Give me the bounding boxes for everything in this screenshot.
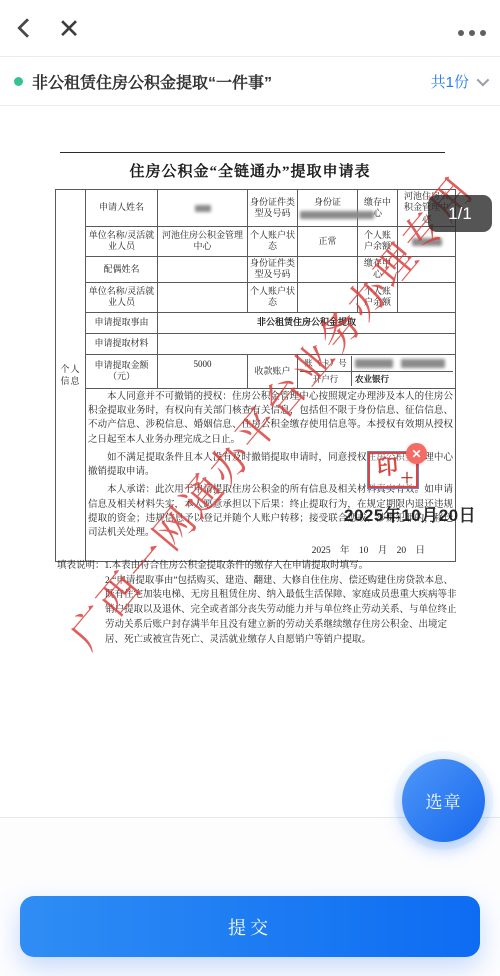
withdraw-reason-label: 申请提取事由 (86, 312, 158, 333)
payee-account-label: 收款账户 (248, 354, 298, 388)
group-label-cell: 个人信息 (56, 190, 86, 562)
spouse-account-status-value (298, 282, 358, 312)
page-number-badge: 1/1 (428, 195, 492, 232)
note-1-text: 1.本表由符合住房公积金提取条件的缴存人在申请提取时填写。 (105, 561, 369, 571)
bank-label: 开户行 (300, 372, 352, 387)
spouse-deposit-center-label: 缴存中心 (358, 256, 398, 282)
account-status-label: 个人账户状态 (248, 226, 298, 256)
deposit-center-label: 缴存中心 (358, 190, 398, 227)
navbar: ✕ (0, 0, 500, 57)
file-count-label[interactable]: 共1份 (431, 71, 469, 92)
notes-label: 填表说明： (57, 561, 105, 571)
withdraw-reason-value: 非公租赁住房公积金提取 (158, 312, 456, 333)
spouse-account-status-label: 个人账户状态 (248, 282, 298, 312)
spouse-id-type-label: 身份证件类型及号码 (248, 256, 298, 282)
spouse-account-balance-label: 个人账户余额 (358, 282, 398, 312)
spouse-name-value (158, 256, 248, 282)
spouse-employer-label: 单位名称/灵活就业人员 (86, 282, 158, 312)
spouse-name-label: 配偶姓名 (86, 256, 158, 282)
form-title: 住房公积金“全链通办”提取申请表 (0, 160, 500, 181)
select-seal-fab[interactable]: 选章 (402, 759, 485, 842)
table-row: 申请提取事由 非公租赁住房公积金提取 (56, 312, 456, 333)
applicant-name-label: 申请人姓名 (86, 190, 158, 227)
task-header: 非公租赁住房公积金提取“一件事” 共1份 (0, 58, 500, 106)
ellipsis-dot (469, 30, 475, 36)
withdraw-materials-value (158, 333, 456, 354)
chevron-down-icon[interactable] (477, 74, 490, 87)
table-row: 单位名称/灵活就业人员 河池住房公积金管理中心 个人账户状态 正常 个人账户余额 (56, 226, 456, 256)
seal-remove-button[interactable]: ✕ (406, 443, 427, 464)
back-button[interactable] (10, 14, 44, 44)
chevron-left-icon (17, 18, 37, 38)
table-row: 申请提取材料 (56, 333, 456, 354)
spouse-id-type-value (298, 256, 358, 282)
id-type-label: 身份证件类型及号码 (248, 190, 298, 227)
card-number-value (352, 356, 453, 372)
employer-value: 河池住房公积金管理中心 (158, 226, 248, 256)
withdraw-materials-label: 申请提取材料 (86, 333, 158, 354)
redacted-balance (412, 238, 442, 246)
document-top-rule (60, 152, 445, 153)
account-status-value: 正常 (298, 226, 358, 256)
form-date-line: 2025 年 10 月 20 日 (88, 546, 425, 558)
form-notes: 填表说明：1.本表由符合住房公积金提取条件的缴存人在申请提取时填写。 2.“申请… (57, 559, 457, 647)
app-screen: ✕ 非公租赁住房公积金提取“一件事” 共1份 住房公积金“全链通办”提取申请表 … (0, 0, 500, 976)
document-preview[interactable]: 住房公积金“全链通办”提取申请表 个人信息 申请人姓名 身份证件类型及号码 身份… (0, 107, 500, 817)
ellipsis-dot (480, 30, 486, 36)
authorization-paragraph: 本人同意并不可撤销的授权：住房公积金管理中心按照规定办理涉及本人的住房公积金提取… (88, 390, 453, 447)
seal-drag-handle-icon[interactable]: ＋ (400, 471, 414, 485)
redacted-name (195, 205, 211, 212)
close-button[interactable]: ✕ (52, 13, 86, 45)
note-line-1: 填表说明：1.本表由符合住房公积金提取条件的缴存人在申请提取时填写。 (57, 559, 457, 574)
redacted-card-number (355, 359, 393, 368)
table-row: 单位名称/灵活就业人员 个人账户状态 个人账户余额 (56, 282, 456, 312)
redacted-id-number (300, 211, 374, 219)
account-balance-label: 个人账户余额 (358, 226, 398, 256)
seal-date-overlay: 2025年10月20日 (344, 501, 476, 526)
withdraw-amount-label: 申请提取金额（元） (86, 354, 158, 388)
id-type-value: 身份证 (298, 190, 358, 227)
spouse-employer-value (158, 282, 248, 312)
submit-button[interactable]: 提交 (20, 896, 480, 957)
status-dot-icon (14, 77, 23, 86)
note-line-2: 2.“申请提取事由”包括购买、建造、翻建、大修自住住房、偿还购建住房贷款本息、既… (105, 574, 457, 648)
bank-value: 农业银行 (352, 372, 453, 387)
card-number-label: 账（卡）号 (300, 356, 352, 372)
redacted-card-number (401, 359, 445, 368)
task-title: 非公租赁住房公积金提取“一件事” (32, 70, 431, 93)
withdraw-amount-value: 5000 (158, 354, 248, 388)
applicant-name-value (158, 190, 248, 227)
table-row: 个人信息 申请人姓名 身份证件类型及号码 身份证 缴存中心 河池住房公积金管理中… (56, 190, 456, 227)
seal-glyph: 印 (376, 456, 398, 478)
employer-label: 单位名称/灵活就业人员 (86, 226, 158, 256)
ellipsis-dot (458, 30, 464, 36)
table-row: 申请提取金额（元） 5000 收款账户 账（卡）号 开户行 农业银行 (56, 354, 456, 388)
payee-account-cell: 账（卡）号 开户行 农业银行 (298, 354, 456, 388)
spouse-deposit-center-value (398, 256, 456, 282)
table-row: 配偶姓名 身份证件类型及号码 缴存中心 (56, 256, 456, 282)
more-menu-button[interactable] (446, 24, 486, 42)
spouse-account-balance-value (398, 282, 456, 312)
seal-widget[interactable]: 印 ＋ ✕ (368, 452, 418, 488)
